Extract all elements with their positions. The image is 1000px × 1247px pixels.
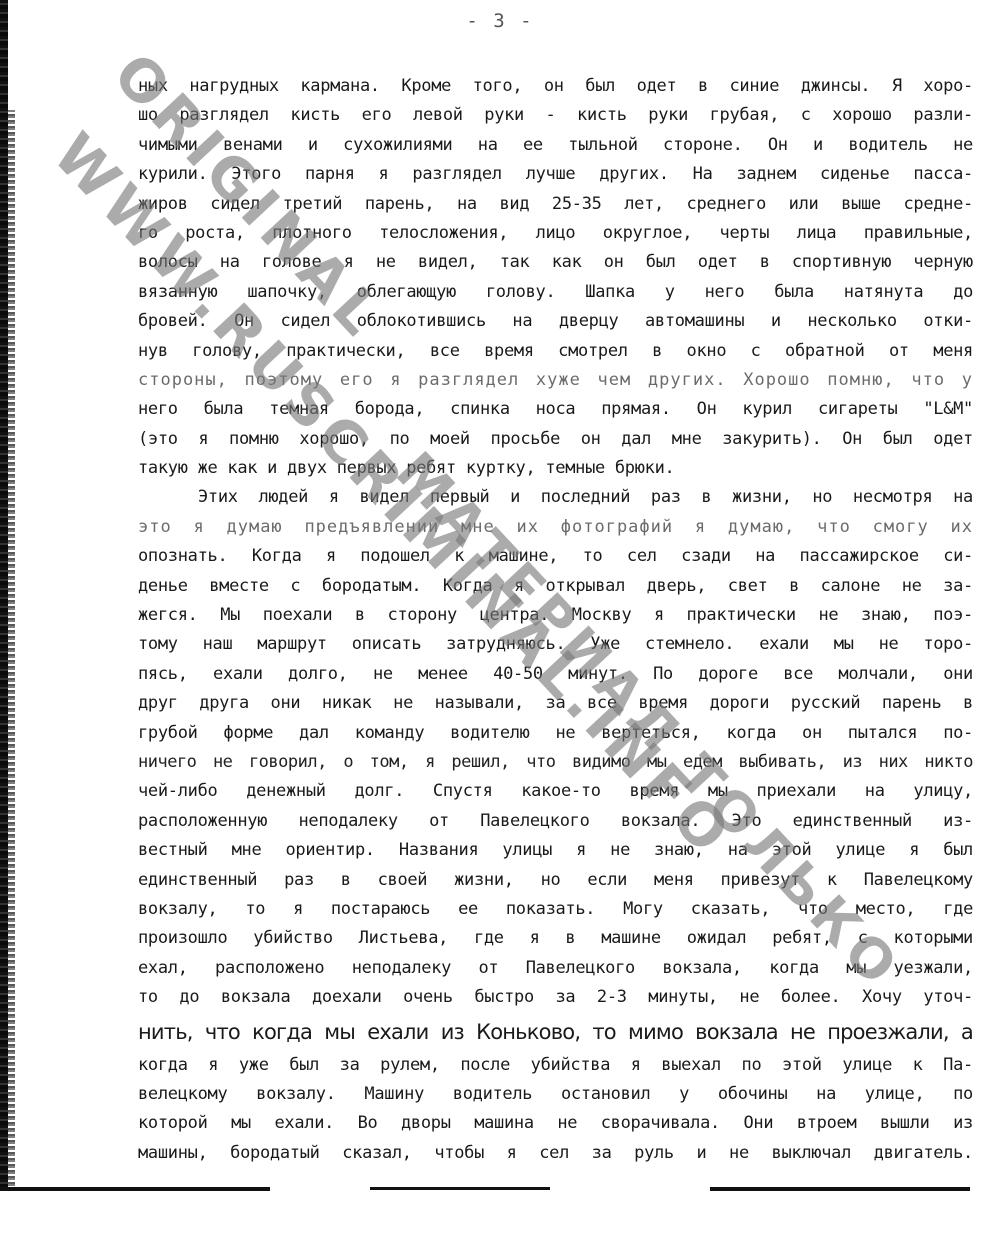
text-line: велецкому вокзалу. Машину водитель остан…: [138, 1080, 973, 1109]
scan-bottom-edge: [370, 1187, 550, 1190]
text-line: когда я уже был за рулем, после убийства…: [138, 1051, 973, 1080]
text-line: пясь, ехали долго, не менее 40-50 минут.…: [138, 660, 973, 689]
text-line: шо разглядел кисть его левой руки - кист…: [138, 101, 973, 130]
text-line: это я думаю предъявлении мне их фотограф…: [138, 513, 973, 542]
scan-border-noise: [8, 110, 15, 1190]
text-line: грубой форме дал команду водителю не вер…: [138, 719, 973, 748]
text-line: которой мы ехали. Во дворы машина не сво…: [138, 1109, 973, 1138]
text-line: произошло убийство Листьева, где я в маш…: [138, 924, 973, 953]
text-line: бровей. Он сидел облокотившись на дверцу…: [138, 307, 973, 336]
text-line: жегся. Мы поехали в сторону центра. Моск…: [138, 601, 973, 630]
text-line: расположенную неподалеку от Павелецкого …: [138, 807, 973, 836]
text-line: единственный раз в своей жизни, но если …: [138, 866, 973, 895]
text-line: волосы на голове я не видел, так как он …: [138, 248, 973, 277]
text-line: опознать. Когда я подошел к машине, то с…: [138, 542, 973, 571]
text-line: денье вместе с бородатым. Когда я открыв…: [138, 572, 973, 601]
text-line: ехал, расположено неподалеку от Павелецк…: [138, 954, 973, 983]
text-line: ных нагрудных кармана. Кроме того, он бы…: [138, 72, 973, 101]
text-line: нув голову, практически, все время смотр…: [138, 337, 973, 366]
text-line: тому наш маршрут описать затрудняюсь. Уж…: [138, 630, 973, 659]
scan-bottom-edge: [0, 1187, 270, 1191]
text-line: чей-либо денежный долг. Спустя какое-то …: [138, 777, 973, 806]
text-line: Этих людей я видел первый и последний ра…: [138, 483, 973, 512]
page-number: - 3 -: [0, 10, 1000, 32]
text-line: стороны, поэтому его я разглядел хуже че…: [138, 366, 973, 395]
text-line: такую же как и двух первых ребят куртку,…: [138, 454, 973, 483]
text-line: чимыми венами и сухожилиями на ее тыльно…: [138, 131, 973, 160]
scan-bottom-edge: [710, 1187, 970, 1191]
text-line: нить, что когда мы ехали из Коньково, то…: [138, 1013, 973, 1051]
text-line: (это я помню хорошо, по моей просьбе он …: [138, 425, 973, 454]
text-line: машины, бородатый сказал, чтобы я сел за…: [138, 1139, 973, 1168]
text-line: него была темная борода, спинка носа пря…: [138, 395, 973, 424]
text-line: жиров сидел третий парень, на вид 25-35 …: [138, 190, 973, 219]
text-line: курили. Этого парня я разглядел лучше др…: [138, 160, 973, 189]
text-line: вестный мне ориентир. Названия улицы я н…: [138, 836, 973, 865]
document-body: ных нагрудных кармана. Кроме того, он бы…: [138, 72, 973, 1168]
text-line: ничего не говорил, о том, я решил, что в…: [138, 748, 973, 777]
text-line: го роста, плотного телосложения, лицо ок…: [138, 219, 973, 248]
text-line: вокзалу, то я постараюсь ее показать. Мо…: [138, 895, 973, 924]
text-line: то до вокзала доехали очень быстро за 2-…: [138, 983, 973, 1012]
scan-border-left: [0, 0, 8, 1190]
text-line: вязанную шапочку, облегающую голову. Шап…: [138, 278, 973, 307]
text-line: друг друга они никак не называли, за все…: [138, 689, 973, 718]
